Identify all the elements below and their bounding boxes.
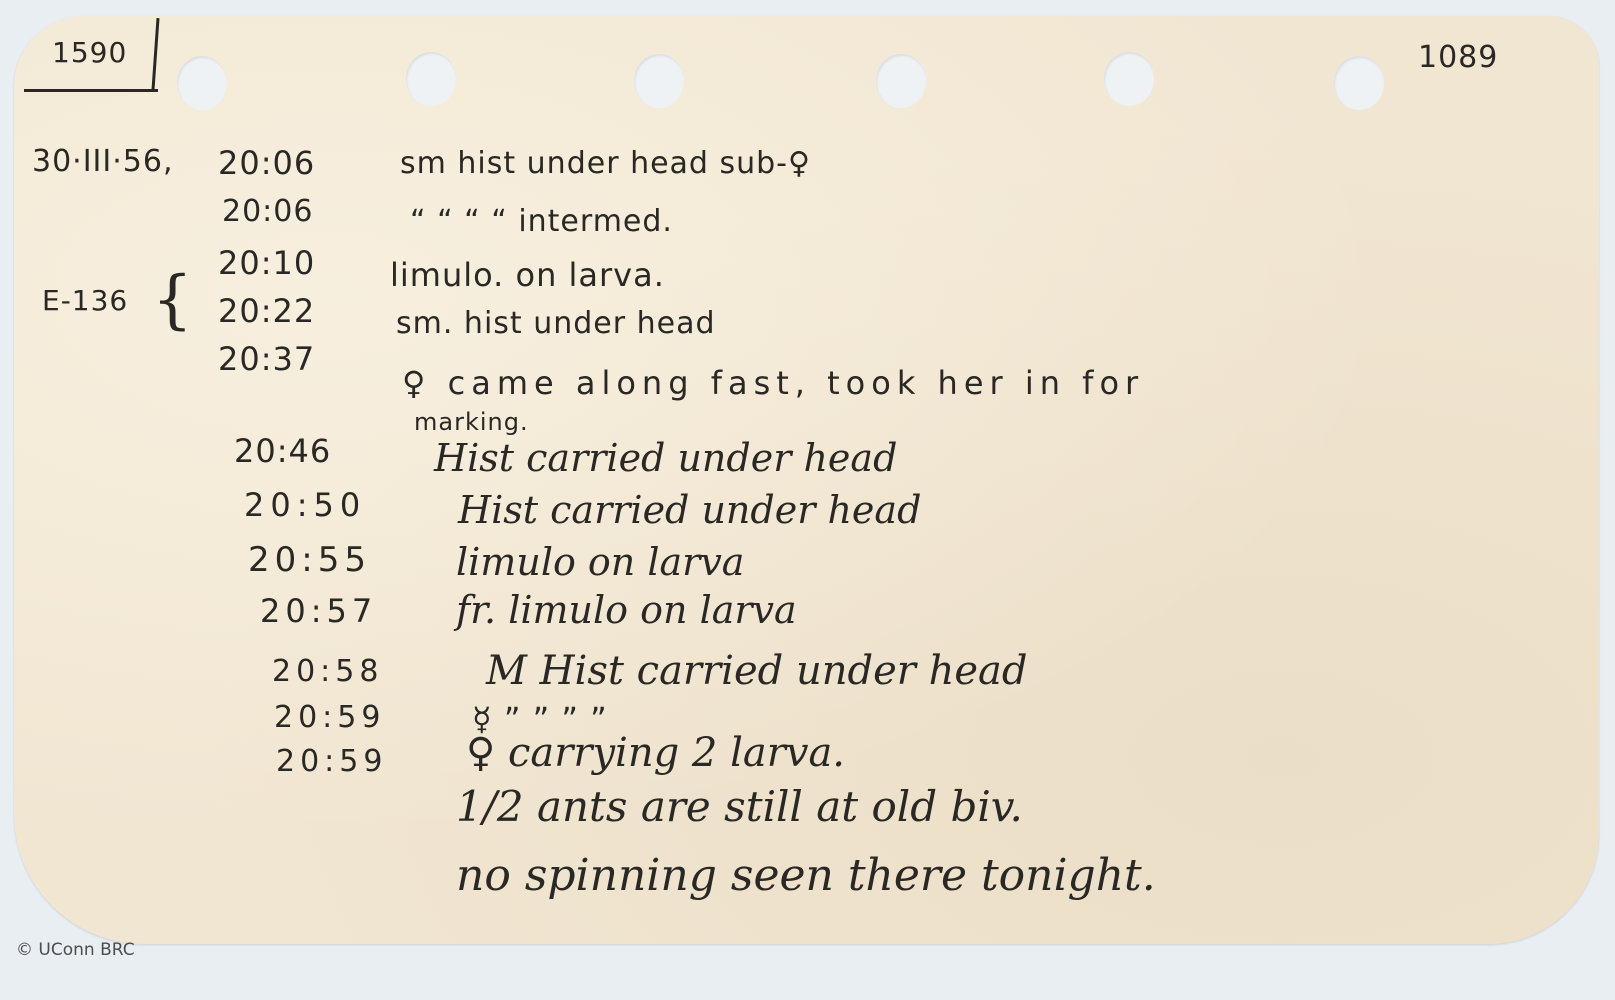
entry-text: Hist carried under head <box>458 488 921 532</box>
date-label: 30·III·56, <box>32 144 174 179</box>
entry-text: sm hist under head sub-♀ <box>400 146 811 181</box>
entry-text: limulo. on larva. <box>390 256 665 294</box>
entry-time: 20:59 <box>276 744 387 779</box>
entry-time: 20:06 <box>218 144 315 182</box>
entry-time: 20:46 <box>234 432 331 470</box>
entry-text: ♀ carrying 2 larva. <box>466 730 845 776</box>
entry-text: Hist carried under head <box>434 436 897 480</box>
note-line: no spinning seen there tonight. <box>456 850 1156 901</box>
entry-text: ♀ came along fast, took her in for <box>402 364 1144 402</box>
entry-text: sm. hist under head <box>396 306 716 341</box>
catalog-number-left: 1590 <box>52 36 127 69</box>
entry-time: 20:37 <box>218 340 315 378</box>
entry-time: 20:59 <box>274 700 385 735</box>
entry-text: fr. limulo on larva <box>456 588 797 632</box>
copyright-notice: © UConn BRC <box>16 940 135 960</box>
entry-text: “ “ “ “ intermed. <box>410 204 673 239</box>
entry-text: M Hist carried under head <box>486 648 1027 694</box>
punch-hole <box>876 54 926 108</box>
experiment-label: E-136 <box>42 284 128 317</box>
entry-time: 20:58 <box>272 654 383 689</box>
corner-box-horizontal-line <box>24 89 158 92</box>
catalog-number-right: 1089 <box>1418 40 1498 75</box>
entry-time: 20:06 <box>222 194 313 229</box>
punch-hole <box>634 54 684 108</box>
brace-icon: { <box>152 268 193 332</box>
note-line: 1/2 ants are still at old biv. <box>456 782 1023 831</box>
punch-hole <box>177 56 227 110</box>
entry-text-continuation: marking. <box>414 408 529 436</box>
punch-hole <box>1104 52 1154 106</box>
entry-time: 20:57 <box>260 592 377 630</box>
entry-time: 20:55 <box>248 540 371 580</box>
entry-time: 20:50 <box>244 486 366 524</box>
punch-hole <box>1334 56 1384 110</box>
punch-hole <box>406 52 456 106</box>
entry-text: limulo on larva <box>456 540 744 584</box>
entry-time: 20:22 <box>218 292 315 330</box>
entry-time: 20:10 <box>218 244 315 282</box>
